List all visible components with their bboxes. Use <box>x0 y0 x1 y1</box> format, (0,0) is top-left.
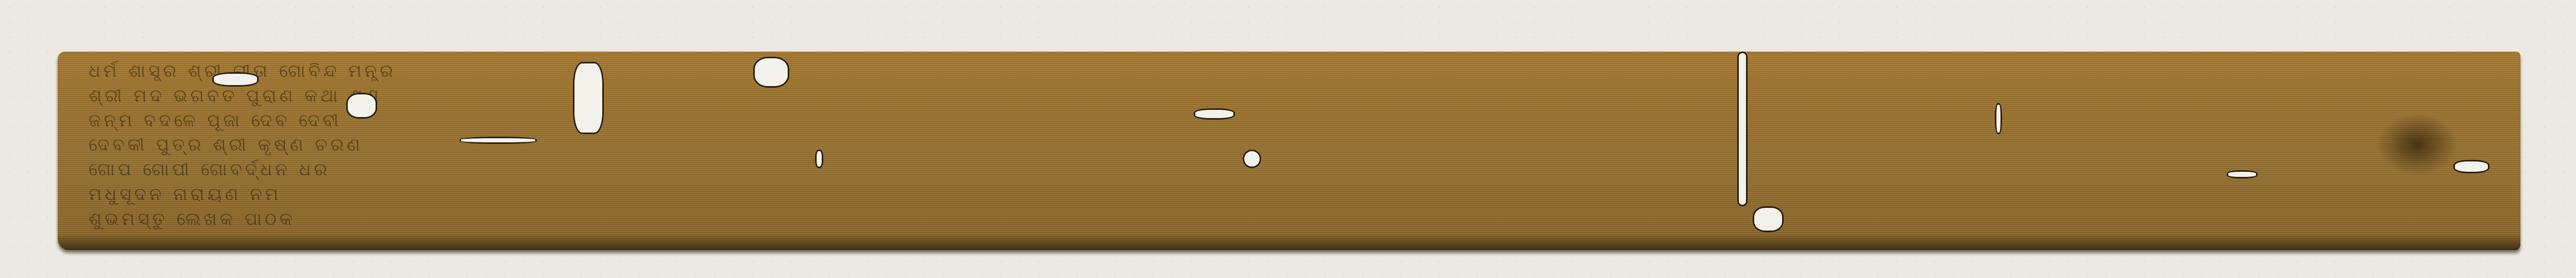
insect-hole <box>1737 52 1748 206</box>
insect-hole <box>815 150 823 168</box>
insect-hole <box>1995 103 2002 134</box>
insect-hole <box>753 57 789 88</box>
manuscript-line: ଦେବକୀ ପୁତ୍ର ଶ୍ରୀ କୃଷ୍ଣ ଚରଣ <box>89 135 2489 155</box>
text-lines: ଧର୍ମ ଶାସ୍ତ୍ର ଶ୍ରୀ ଗୀତା ଗୋବିନ୍ଦ ମନ୍ତ୍ର ଶ୍… <box>89 61 2489 230</box>
manuscript-line: ଜନ୍ମ ବଦଳେ ପୂଜା ଦେବ ଦେବୀ <box>89 110 2489 131</box>
insect-hole <box>346 93 377 119</box>
insect-hole <box>2227 170 2258 178</box>
insect-hole <box>460 137 537 144</box>
insect-hole <box>2453 160 2489 173</box>
insect-hole <box>1243 150 1261 168</box>
manuscript-line: ମଧୁସୂଦନ ନାରାୟଣ ନମ <box>89 184 2489 205</box>
manuscript-line: ଶୁଭମସ୍ତୁ ଲେଖକ ପାଠକ <box>89 209 2489 230</box>
insect-hole <box>1753 206 1784 232</box>
palm-leaf-manuscript: ଧର୍ମ ଶାସ୍ତ୍ର ଶ୍ରୀ ଗୀତା ଗୋବିନ୍ଦ ମନ୍ତ୍ର ଶ୍… <box>58 52 2520 250</box>
dark-stain <box>2376 113 2459 175</box>
manuscript-line: ଧର୍ମ ଶାସ୍ତ୍ର ଶ୍ରୀ ଗୀତା ଗୋବିନ୍ଦ ମନ୍ତ୍ର <box>89 61 2489 81</box>
insect-hole <box>212 72 259 87</box>
insect-hole <box>573 62 604 134</box>
manuscript-line: ଗୋପ ଗୋପୀ ଗୋବର୍ଦ୍ଧନ ଧର <box>89 159 2489 180</box>
insect-hole <box>1194 108 1235 120</box>
manuscript-line: ଶ୍ରୀ ମଦ ଭଗବତ ପୁରାଣ କଥା ଶୁଣ <box>89 86 2489 106</box>
